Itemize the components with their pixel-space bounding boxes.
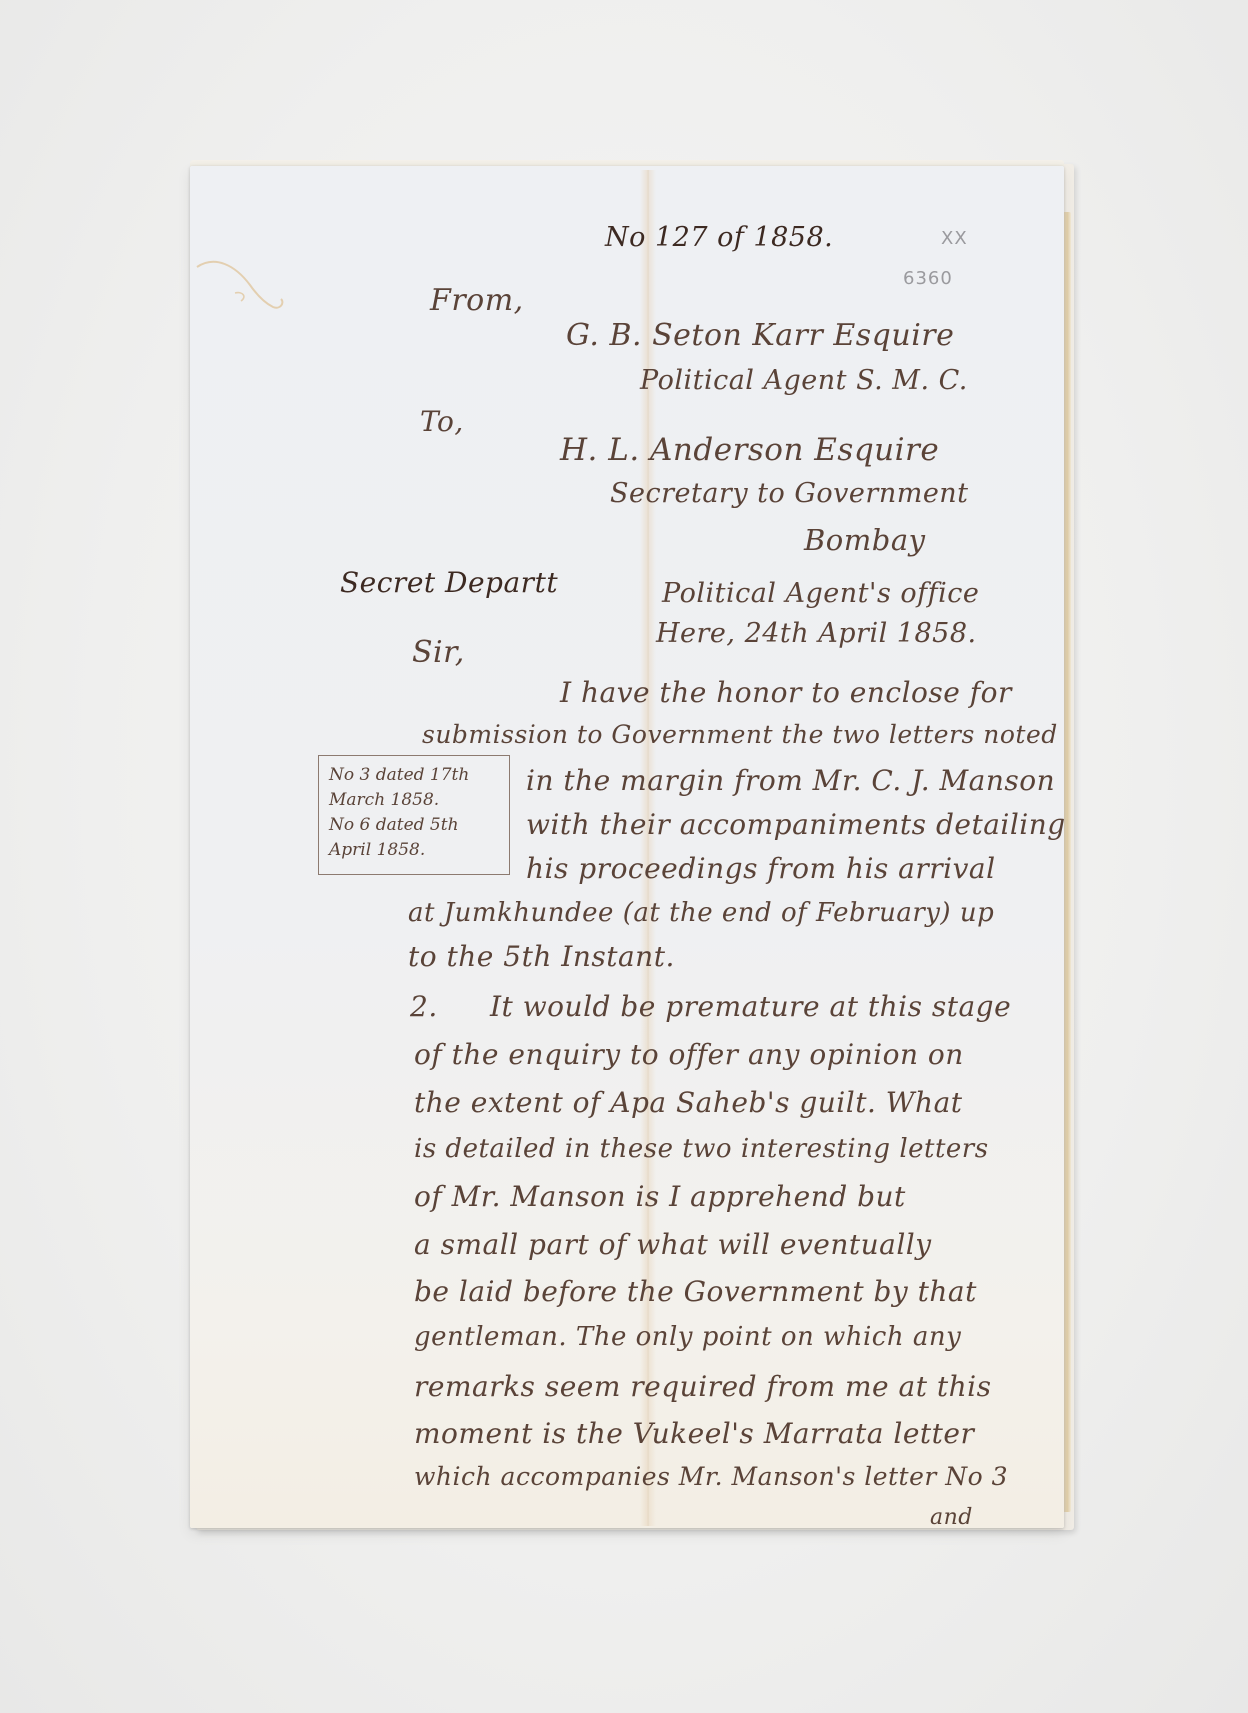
para2-line: is detailed in these two interesting let… [414,1134,989,1164]
para2-line: moment is the Vukeel's Marrata letter [414,1417,974,1450]
para2-line: of the enquiry to offer any opinion on [414,1038,964,1071]
para1-line: submission to Government the two letters… [422,720,1058,749]
pencil-note-xx: XX [941,228,968,249]
recipient-title: Secretary to Government [610,478,969,509]
margin-note-line: April 1858. [329,840,425,860]
sender-office: Political Agent's office [662,578,979,609]
binding-thread-icon [195,255,290,315]
para2-line: It would be premature at this stage [490,990,1011,1023]
para2-line: the extent of Apa Saheb's guilt. What [414,1086,963,1119]
para2-line: which accompanies Mr. Manson's letter No… [414,1462,1008,1491]
recipient-name: H. L. Anderson Esquire [560,432,939,468]
reference-number: No 127 of 1858. [605,222,833,253]
para1-line: at Jumkhundee (at the end of February) u… [408,898,994,928]
para2-line: a small part of what will eventually [414,1228,932,1261]
sender-name: G. B. Seton Karr Esquire [566,318,954,353]
para2-line: gentleman. The only point on which any [414,1322,961,1352]
paragraph-number: 2. [410,990,438,1023]
para1-line: I have the honor to enclose for [560,676,1012,709]
margin-note-line: No 6 dated 5th [329,815,459,835]
para1-line: in the margin from Mr. C. J. Manson [526,764,1055,797]
para1-line: with their accompaniments detailing [526,808,1066,841]
para2-line: remarks seem required from me at this [414,1370,991,1403]
place-date: Here, 24th April 1858. [656,618,977,649]
salutation: Sir, [412,635,465,670]
department: Secret Departt [340,566,558,599]
recipient-place: Bombay [804,523,926,557]
para1-line: to the 5th Instant. [408,940,675,973]
margin-note-box: No 3 dated 17th March 1858. No 6 dated 5… [318,755,510,875]
margin-note-line: No 3 dated 17th [329,765,469,785]
to-label: To, [420,405,464,438]
pencil-note-number: 6360 [903,268,953,289]
margin-note-line: March 1858. [329,790,439,810]
para1-line: his proceedings from his arrival [526,852,996,885]
catchword: and [930,1505,973,1530]
para2-line: be laid before the Government by that [414,1275,977,1308]
from-label: From, [430,283,524,318]
para2-line: of Mr. Manson is I apprehend but [414,1180,906,1213]
sender-title: Political Agent S. M. C. [640,365,968,396]
